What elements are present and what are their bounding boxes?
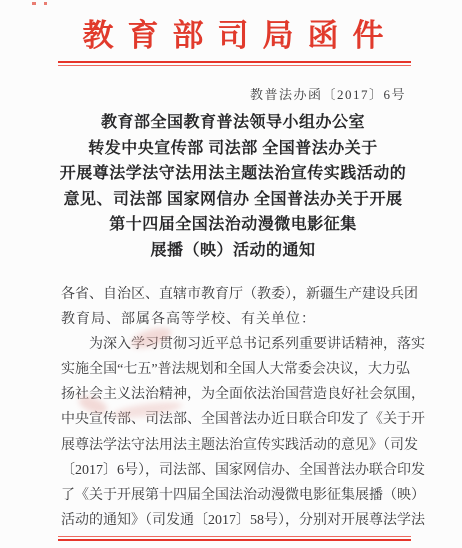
body-line: 教育局、部属各高等学校、有关单位： [61, 307, 410, 332]
title-line: 转发中央宣传部 司法部 全国普法办关于 [40, 136, 426, 162]
footer-divider [58, 536, 411, 541]
body-line: 为深入学习贯彻习近平总书记系列重要讲话精神，落实 [61, 332, 410, 357]
doc-number: 教普法办函〔2017〕6号 [250, 84, 406, 103]
body-line: 中央宣传部、司法部、全国普法办近日联合印发了《关于开 [61, 407, 410, 432]
document-page: 教育部司局函件 教普法办函〔2017〕6号 教育部全国教育普法领导小组办公室 转… [0, 0, 462, 548]
body-line: 实施全国“七五”普法规划和全国人大常委会决议，大力弘 [61, 357, 410, 382]
title-line: 意见、司法部 国家网信办 全国普法办关于开展 [40, 187, 426, 213]
title-line: 展播（映）活动的通知 [40, 238, 426, 264]
document-body: 各省、自治区、直辖市教育厅（教委），新疆生产建设兵团 教育局、部属各高等学校、有… [61, 282, 410, 533]
body-line: 活动的通知》（司发通〔2017〕58号），分别对开展尊法学法 [61, 508, 410, 533]
document-title: 教育部全国教育普法领导小组办公室 转发中央宣传部 司法部 全国普法办关于 开展尊… [40, 110, 426, 263]
body-line: 扬社会主义法治精神，为全面依法治国营造良好社会氛围， [61, 382, 410, 407]
title-line: 教育部全国教育普法领导小组办公室 [40, 110, 426, 136]
body-line: 展尊法学法守法用法主题法治宣传实践活动的意见》（司发 [61, 433, 410, 458]
scan-speck [32, 2, 36, 5]
header-divider [58, 61, 411, 66]
body-line: 各省、自治区、直辖市教育厅（教委），新疆生产建设兵团 [61, 282, 410, 307]
body-line: 了《关于开展第十四届全国法治动漫微电影征集展播（映） [61, 483, 410, 508]
body-line: 〔2017〕6号），司法部、国家网信办、全国普法办联合印发 [61, 458, 410, 483]
letterhead-title: 教育部司局函件 [56, 16, 410, 56]
scan-speck [44, 2, 47, 5]
title-line: 第十四届全国法治动漫微电影征集 [40, 212, 426, 238]
title-line: 开展尊法学法守法用法主题法治宣传实践活动的 [40, 161, 426, 187]
